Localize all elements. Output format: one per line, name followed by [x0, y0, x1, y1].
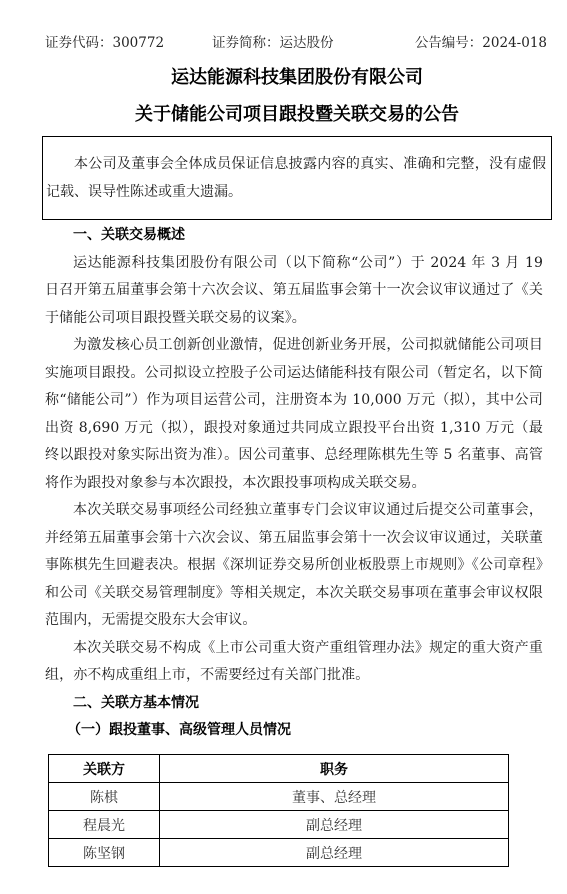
announcement-number: 公告编号：2024-018	[415, 33, 547, 53]
paragraph-restructuring: 本次关联交易不构成《上市公司重大资产重组管理办法》规定的重大资产重组，亦不构成重…	[45, 635, 543, 690]
table-row: 陈棋 董事、总经理	[49, 783, 509, 811]
party-name: 程晨光	[49, 811, 160, 839]
document-header: 证券代码：300772 证券简称：运达股份 公告编号：2024-018	[45, 33, 547, 53]
subsection-heading-executives: （一）跟投董事、高级管理人员情况	[45, 717, 543, 745]
table-header-row: 关联方 职务	[49, 755, 509, 783]
party-position: 副总经理	[160, 811, 509, 839]
stock-code: 证券代码：300772	[45, 33, 164, 53]
disclaimer-text: 本公司及董事会全体成员保证信息披露内容的真实、准确和完整，没有虚假记载、误导性陈…	[46, 151, 546, 206]
party-name: 陈棋	[49, 783, 160, 811]
party-position: 副总经理	[160, 839, 509, 867]
column-header-party: 关联方	[49, 755, 160, 783]
company-title: 运达能源科技集团股份有限公司	[0, 66, 567, 90]
paragraph-meeting: 运达能源科技集团股份有限公司（以下简称“公司”）于 2024 年 3 月 19 …	[45, 250, 543, 333]
column-header-position: 职务	[160, 755, 509, 783]
paragraph-investment-plan: 为激发核心员工创新创业激情，促进创新业务开展，公司拟就储能公司项目实施项目跟投。…	[45, 332, 543, 497]
stock-short-name: 证券简称：运达股份	[212, 33, 334, 53]
table-row: 陈坚钢 副总经理	[49, 839, 509, 867]
announcement-page: 证券代码：300772 证券简称：运达股份 公告编号：2024-018 运达能源…	[0, 0, 567, 894]
announcement-title: 关于储能公司项目跟投暨关联交易的公告	[0, 103, 567, 127]
announcement-body: 一、关联交易概述 运达能源科技集团股份有限公司（以下简称“公司”）于 2024 …	[45, 222, 543, 745]
party-position: 董事、总经理	[160, 783, 509, 811]
section-heading-related-parties: 二、关联方基本情况	[45, 690, 543, 718]
related-parties-table: 关联方 职务 陈棋 董事、总经理 程晨光 副总经理 陈坚钢 副总经理	[48, 754, 509, 867]
disclaimer-box: 本公司及董事会全体成员保证信息披露内容的真实、准确和完整，没有虚假记载、误导性陈…	[42, 136, 552, 220]
paragraph-approval: 本次关联交易事项经公司经独立董事专门会议审议通过后提交公司董事会，并经第五届董事…	[45, 497, 543, 635]
party-name: 陈坚钢	[49, 839, 160, 867]
table-row: 程晨光 副总经理	[49, 811, 509, 839]
section-heading-overview: 一、关联交易概述	[45, 222, 543, 250]
